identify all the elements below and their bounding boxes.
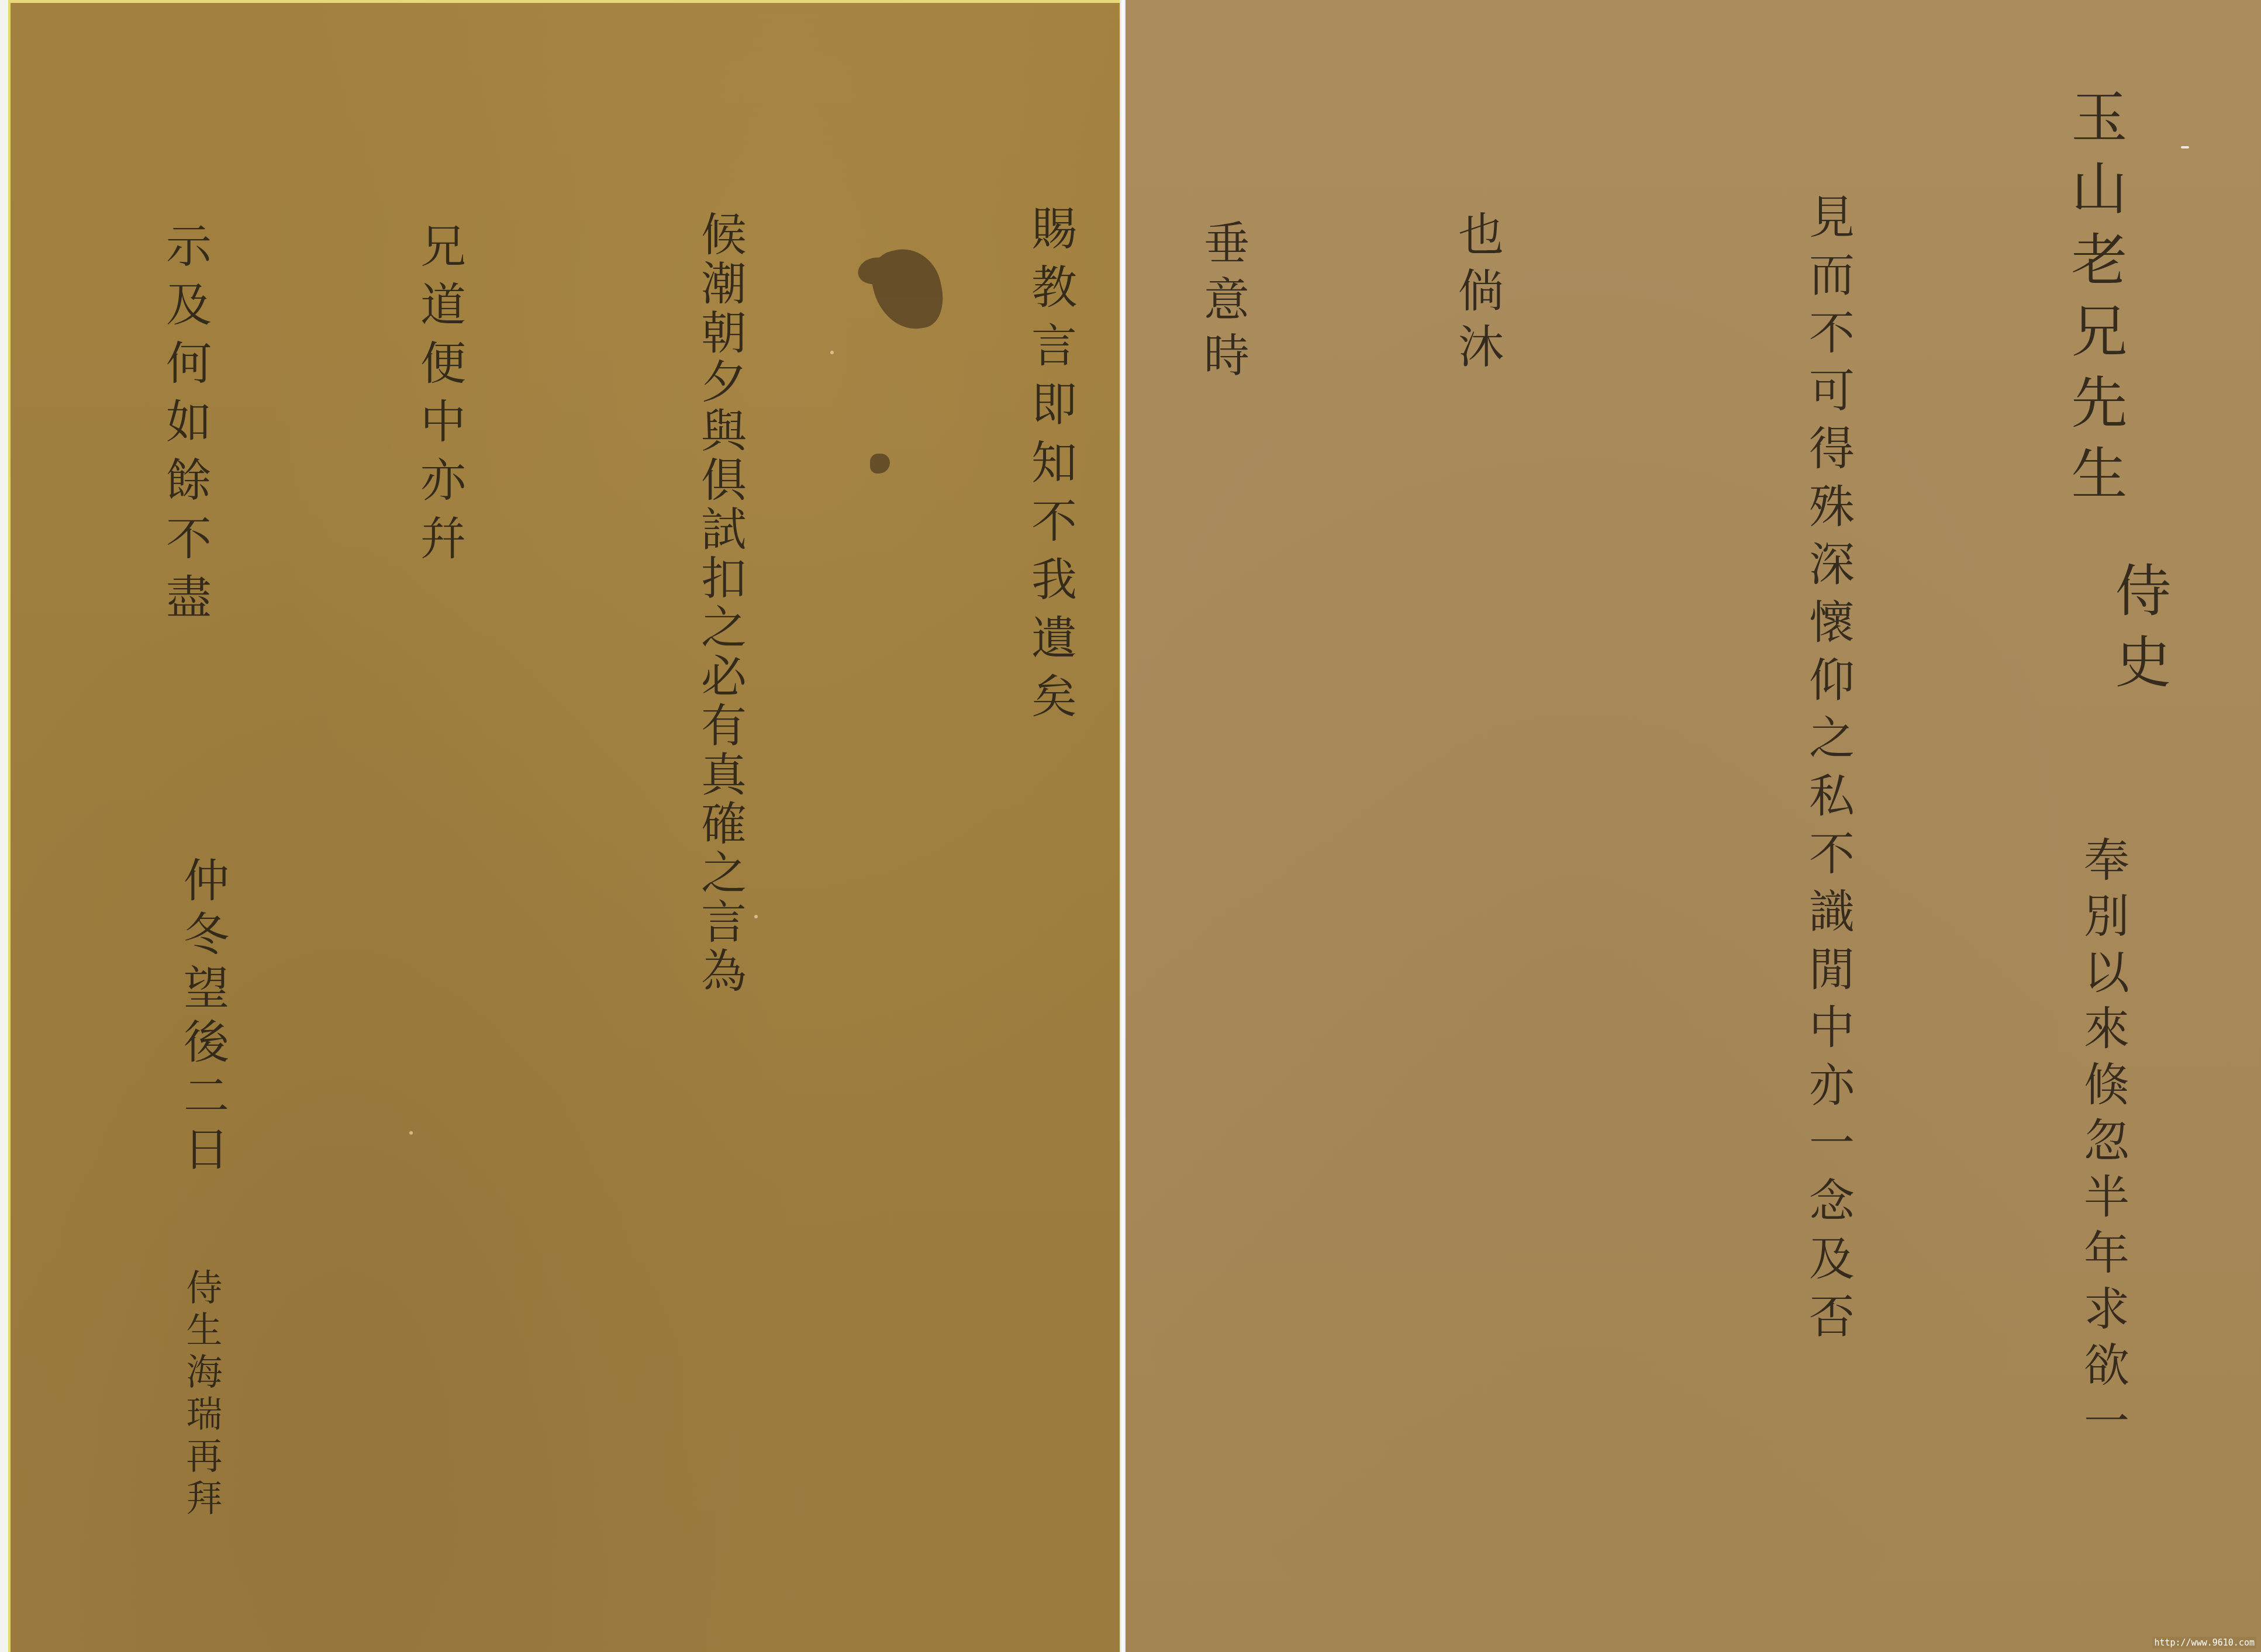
- calligraphy-letter-page: 玉山老兄先生 侍史 奉別以來倏忽半年求欲一 見而不可得殊深懷仰之私不識閒中亦一念…: [0, 0, 2261, 1652]
- letter-column-9: 示及何如餘不盡: [152, 222, 218, 631]
- signature-name: 侍生海瑞再拜: [175, 1269, 227, 1521]
- paper-speck: [2181, 146, 2189, 148]
- letter-column-7: 候潮朝夕與俱試扣之必有真確之言為: [687, 210, 752, 996]
- paper-speck: [754, 915, 758, 918]
- addressee-suffix-column: 侍史: [2099, 561, 2179, 704]
- paper-speck: [830, 351, 834, 354]
- paper-speck: [409, 1131, 413, 1135]
- letter-column-8: 兄道便中亦幷: [406, 222, 472, 573]
- signature-date: 仲冬望後二日: [170, 856, 235, 1179]
- leaf-divider: [1120, 0, 1126, 1652]
- letter-column-4: 也倘沐: [1444, 210, 1510, 379]
- letter-column-2: 奉別以來倏忽半年求欲一: [2070, 836, 2135, 1453]
- letter-column-3: 見而不可得殊深懷仰之私不識閒中亦一念及否: [1795, 193, 1860, 1350]
- letter-column-6: 賜教言即知不我遺矣: [1017, 205, 1083, 731]
- watermark-url: http://www.9610.com: [2152, 1637, 2256, 1648]
- addressee-column: 玉山老兄先生: [2055, 88, 2135, 516]
- letter-column-5: 垂意時: [1190, 219, 1255, 388]
